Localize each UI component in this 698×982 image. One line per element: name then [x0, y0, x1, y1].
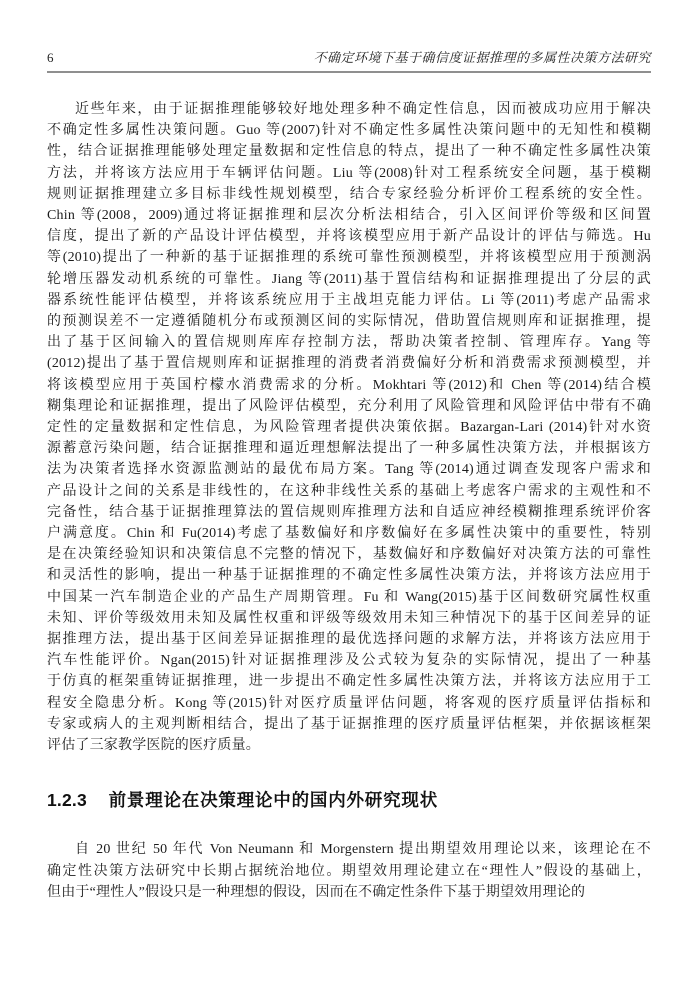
- text-line: 信度，提出了新的产品设计评估模型，并将该模型应用于新产品设计的评估与筛选。Hu: [47, 226, 651, 247]
- text-line: 完备性，结合基于证据推理算法的置信规则库推理方法和自适应神经模糊推理系统评价客: [47, 502, 651, 523]
- header-rule: [47, 71, 651, 73]
- text-line: 糊集理论和证据推理，提出了风险评估模型，充分利用了风险管理和风险评估中带有不确: [47, 396, 651, 417]
- text-line: 产品设计之间的关系是非线性的，在这种非线性关系的基础上考虑客户需求的主观性和不: [47, 481, 651, 502]
- text-line: 出了基于区间输入的置信规则库库存控制方法，帮助决策者控制、管理库存。Yang 等: [47, 332, 651, 353]
- text-line: 中国某一汽车制造企业的产品生产周期管理。Fu 和 Wang(2015)基于区间数…: [47, 587, 651, 608]
- text-line: (2012)提出了基于置信规则库和证据推理的消费者消费偏好分析和消费需求预测模型…: [47, 353, 651, 374]
- page-number: 6: [47, 50, 54, 66]
- text-line: 的预测误差不一定遵循随机分布或预测区间的实际情况，借助置信规则库和证据推理，提: [47, 311, 651, 332]
- section-title: 前景理论在决策理论中的国内外研究现状: [109, 790, 438, 810]
- text-line: 法为决策者选择水资源监测站的最优布局方案。Tang 等(2014)通过调查发现客…: [47, 459, 651, 480]
- text-line: 评估了三家教学医院的医疗质量。: [47, 735, 651, 756]
- text-line: 汽车性能评价。Ngan(2015)针对证据推理涉及公式较为复杂的实际情况，提出了…: [47, 650, 651, 671]
- page-header: 6 不确定环境下基于确信度证据推理的多属性决策方法研究: [47, 50, 651, 71]
- text-line: 自 20 世纪 50 年代 Von Neumann 和 Morgenstern …: [47, 839, 651, 860]
- paragraph-literature-review: 近些年来，由于证据推理能够较好地处理多种不确定性信息，因而被成功应用于解决不确定…: [47, 99, 651, 756]
- text-line: 据推理方法，提出基于区间差异证据推理的最优选择问题的求解方法，并将该方法应用于: [47, 629, 651, 650]
- text-line: 将该模型应用于英国柠檬水消费需求的分析。Mokhtari 等(2012)和 Ch…: [47, 375, 651, 396]
- text-line: 是在决策经验知识和决策信息不完整的情况下，基数偏好和序数偏好对决策方法的可靠性: [47, 544, 651, 565]
- text-line: 性，结合证据推理能够处理定量数据和定性信息的特点，提出了一种不确定性多属性决策: [47, 141, 651, 162]
- text-line: 定性的定量数据和定性信息，为风险管理者提供决策依据。Bazargan-Lari …: [47, 417, 651, 438]
- text-line: 未知、评价等级效用未知及属性权重和评级等级效用未知三种情况下的基于区间差异的证: [47, 608, 651, 629]
- paragraph-prospect-theory: 自 20 世纪 50 年代 Von Neumann 和 Morgenstern …: [47, 839, 651, 903]
- text-line: 源蓄意污染问题，结合证据推理和逼近理想解法提出了一种多属性决策方法，并根据该方: [47, 438, 651, 459]
- text-line: 专家或病人的主观判断相结合，提出了基于证据推理的医疗质量评估框架，并依据该框架: [47, 714, 651, 735]
- text-line: 近些年来，由于证据推理能够较好地处理多种不确定性信息，因而被成功应用于解决: [47, 99, 651, 120]
- text-line: 不确定性多属性决策问题。Guo 等(2007)针对不确定性多属性决策问题中的无知…: [47, 120, 651, 141]
- text-line: 于仿真的框架重铸证据推理，进一步提出不确定性多属性决策方法，并将该方法应用于工: [47, 671, 651, 692]
- section-number: 1.2.3: [47, 790, 87, 810]
- text-line: 户满意度。Chin 和 Fu(2014)考虑了基数偏好和序数偏好在多属性决策中的…: [47, 523, 651, 544]
- text-line: 轮增压器发动机系统的可靠性。Jiang 等(2011)基于置信结构和证据推理提出…: [47, 269, 651, 290]
- text-line: 程安全隐患分析。Kong 等(2015)针对医疗质量评估问题，将客观的医疗质量评…: [47, 693, 651, 714]
- text-line: 规则证据推理建立多目标非线性规划模型，结合专家经验分析评价工程系统的安全性。: [47, 184, 651, 205]
- text-line: 确定性决策方法研究中长期占据统治地位。期望效用理论建立在“理性人”假设的基础上，: [47, 861, 651, 882]
- text-line: 方法，并将该方法应用于车辆评估问题。Liu 等(2008)针对工程系统安全问题，…: [47, 163, 651, 184]
- text-line: 但由于“理性人”假设只是一种理想的假设，因而在不确定性条件下基于期望效用理论的: [47, 882, 651, 903]
- text-line: Chin 等(2008，2009)通过将证据推理和层次分析法相结合，引入区间评价…: [47, 205, 651, 226]
- document-page: 6 不确定环境下基于确信度证据推理的多属性决策方法研究 近些年来，由于证据推理能…: [0, 0, 698, 982]
- text-line: 等(2010)提出了一种新的基于证据推理的系统可靠性预测模型，并将该模型应用于预…: [47, 247, 651, 268]
- text-line: 和灵活性的影响，提出一种基于证据推理的不确定性多属性决策方法，并将该方法应用于: [47, 565, 651, 586]
- running-title: 不确定环境下基于确信度证据推理的多属性决策方法研究: [313, 50, 651, 66]
- section-heading: 1.2.3 前景理论在决策理论中的国内外研究现状: [47, 788, 651, 812]
- text-line: 器系统性能评估模型，并将该系统应用于主战坦克能力评估。Li 等(2011)考虑产…: [47, 290, 651, 311]
